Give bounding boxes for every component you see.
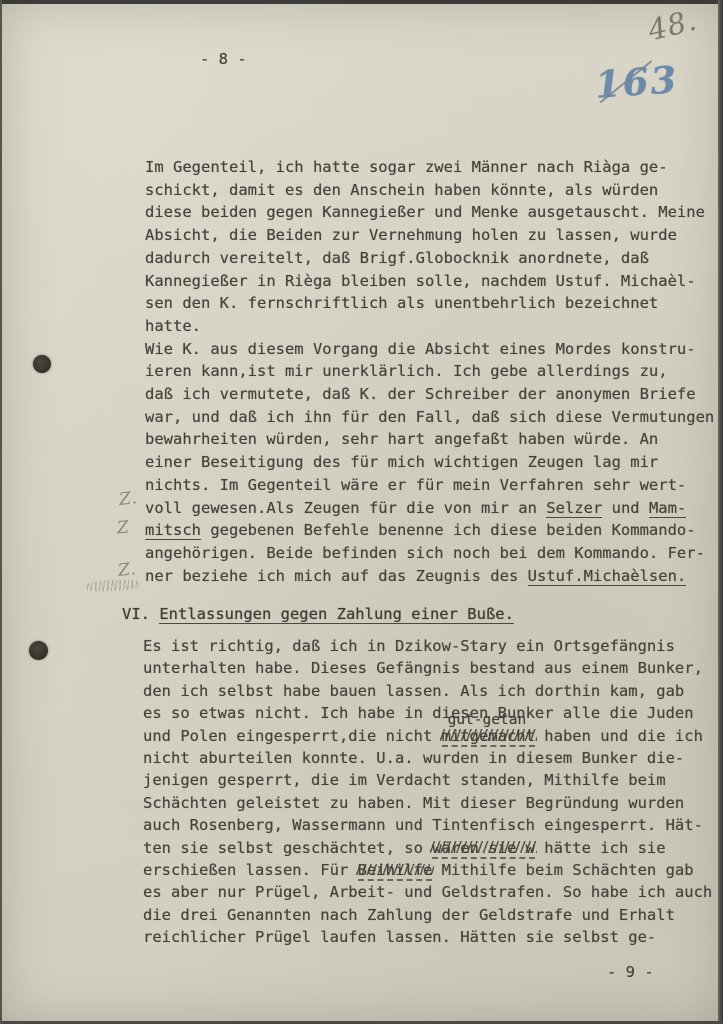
text-line: erschießen lassen. Für Beihilfe Mithilfe… [143,861,694,879]
hole-punch-bottom [29,641,48,660]
text-line: mitsch gegebenen Befehle benenne ich die… [145,521,696,539]
page-number-bottom: - 9 - [607,963,654,981]
handwritten-margin-mark: Z [116,517,131,538]
text-line: ten sie selbst geschächtet, so wären sie… [143,839,666,857]
typed-insertion-above: gut-getan [448,712,527,728]
scan-edge-left [0,0,2,1024]
text-line: auch Rosenberg, Wassermann und Tintenfis… [143,816,703,834]
text-line: Es ist richtig, daß ich in Dzikow-Stary … [143,637,675,655]
handwritten-margin-mark: Z. [118,488,139,510]
text-line: und Polen eingesperrt,die nicht mitgemac… [143,727,703,745]
scan-edge-right [718,0,723,1024]
text-line: es so etwas nicht. Ich habe in diesen Bu… [143,704,694,722]
text-line: schickt, damit es den Anschein haben kön… [145,181,658,199]
text-line: Kannegießer in Rièga bleiben solle, nach… [145,272,696,290]
struck-through-text: Beihilfe [358,861,433,881]
text-line: bewahrheiten würden, sehr hart angefaßt … [145,430,658,448]
text-line: unterhalten habe. Dieses Gefängnis besta… [143,659,703,677]
text-line: war, und daß ich ihn für den Fall, daß s… [145,408,714,426]
handwritten-archive-number-crossed: 163 [594,57,680,107]
text-line: daß ich vermutete, daß K. der Schreiber … [145,385,696,403]
text-line: ner beziehe ich mich auf das Zeugnis des… [145,567,686,585]
text-line: reichlicher Prügel laufen lassen. Hätten… [143,928,656,946]
scan-edge-top [0,0,723,4]
text-line: jenigen gesperrt, die im Verdacht stande… [143,771,666,789]
text-line: den ich selbst habe bauen lassen. Als ic… [143,682,684,700]
hole-punch-top [33,355,51,373]
text-line: Im Gegenteil, ich hatte sogar zwei Männe… [145,158,668,176]
text-line: Wie K. aus diesem Vorgang die Absicht ei… [145,340,696,358]
text-line: voll gewesen.Als Zeugen für die von mir … [145,499,686,517]
text-line: einer Beseitigung des für mich wichtigen… [145,453,658,471]
pencil-scribble [84,579,140,593]
text-line: angehörigen. Beide befinden sich noch be… [145,544,705,562]
text-line: nichts. Im Gegenteil wäre er für mein Ve… [145,476,686,494]
text-line: sen den K. fernschriftlich als unentbehr… [145,294,658,312]
text-line: die drei Genannten nach Zahlung der Geld… [143,906,675,924]
struck-through-text: mitgemachtgut-getan [442,727,535,747]
text-line: nicht aburteilen konnte. U.a. wurden in … [143,749,684,767]
text-line: hatte. [145,317,201,335]
scanned-document-page: - 8 - - 9 - 48. 163 Im Gegenteil, ich ha… [0,0,723,1024]
handwritten-margin-mark: Z. [117,559,138,581]
struck-through-text: wären sie w [432,839,535,859]
page-number-top: - 8 - [200,50,247,68]
text-line: Absicht, die Beiden zur Vernehmung holen… [145,226,677,244]
text-line: es aber nur Prügel, Arbeit- und Geldstra… [143,883,712,901]
text-line: Schächten geleistet zu haben. Mit dieser… [143,794,684,812]
text-line: ieren kann,ist mir unerklärlich. Ich geb… [145,362,668,380]
section-heading: VI. Entlassungen gegen Zahlung einer Buß… [122,605,514,623]
text-line: diese beiden gegen Kannegießer und Menke… [145,203,705,221]
text-line: dadurch vereitelt, daß Brigf.Globocknik … [145,249,649,267]
handwritten-folio-number: 48. [645,3,701,48]
